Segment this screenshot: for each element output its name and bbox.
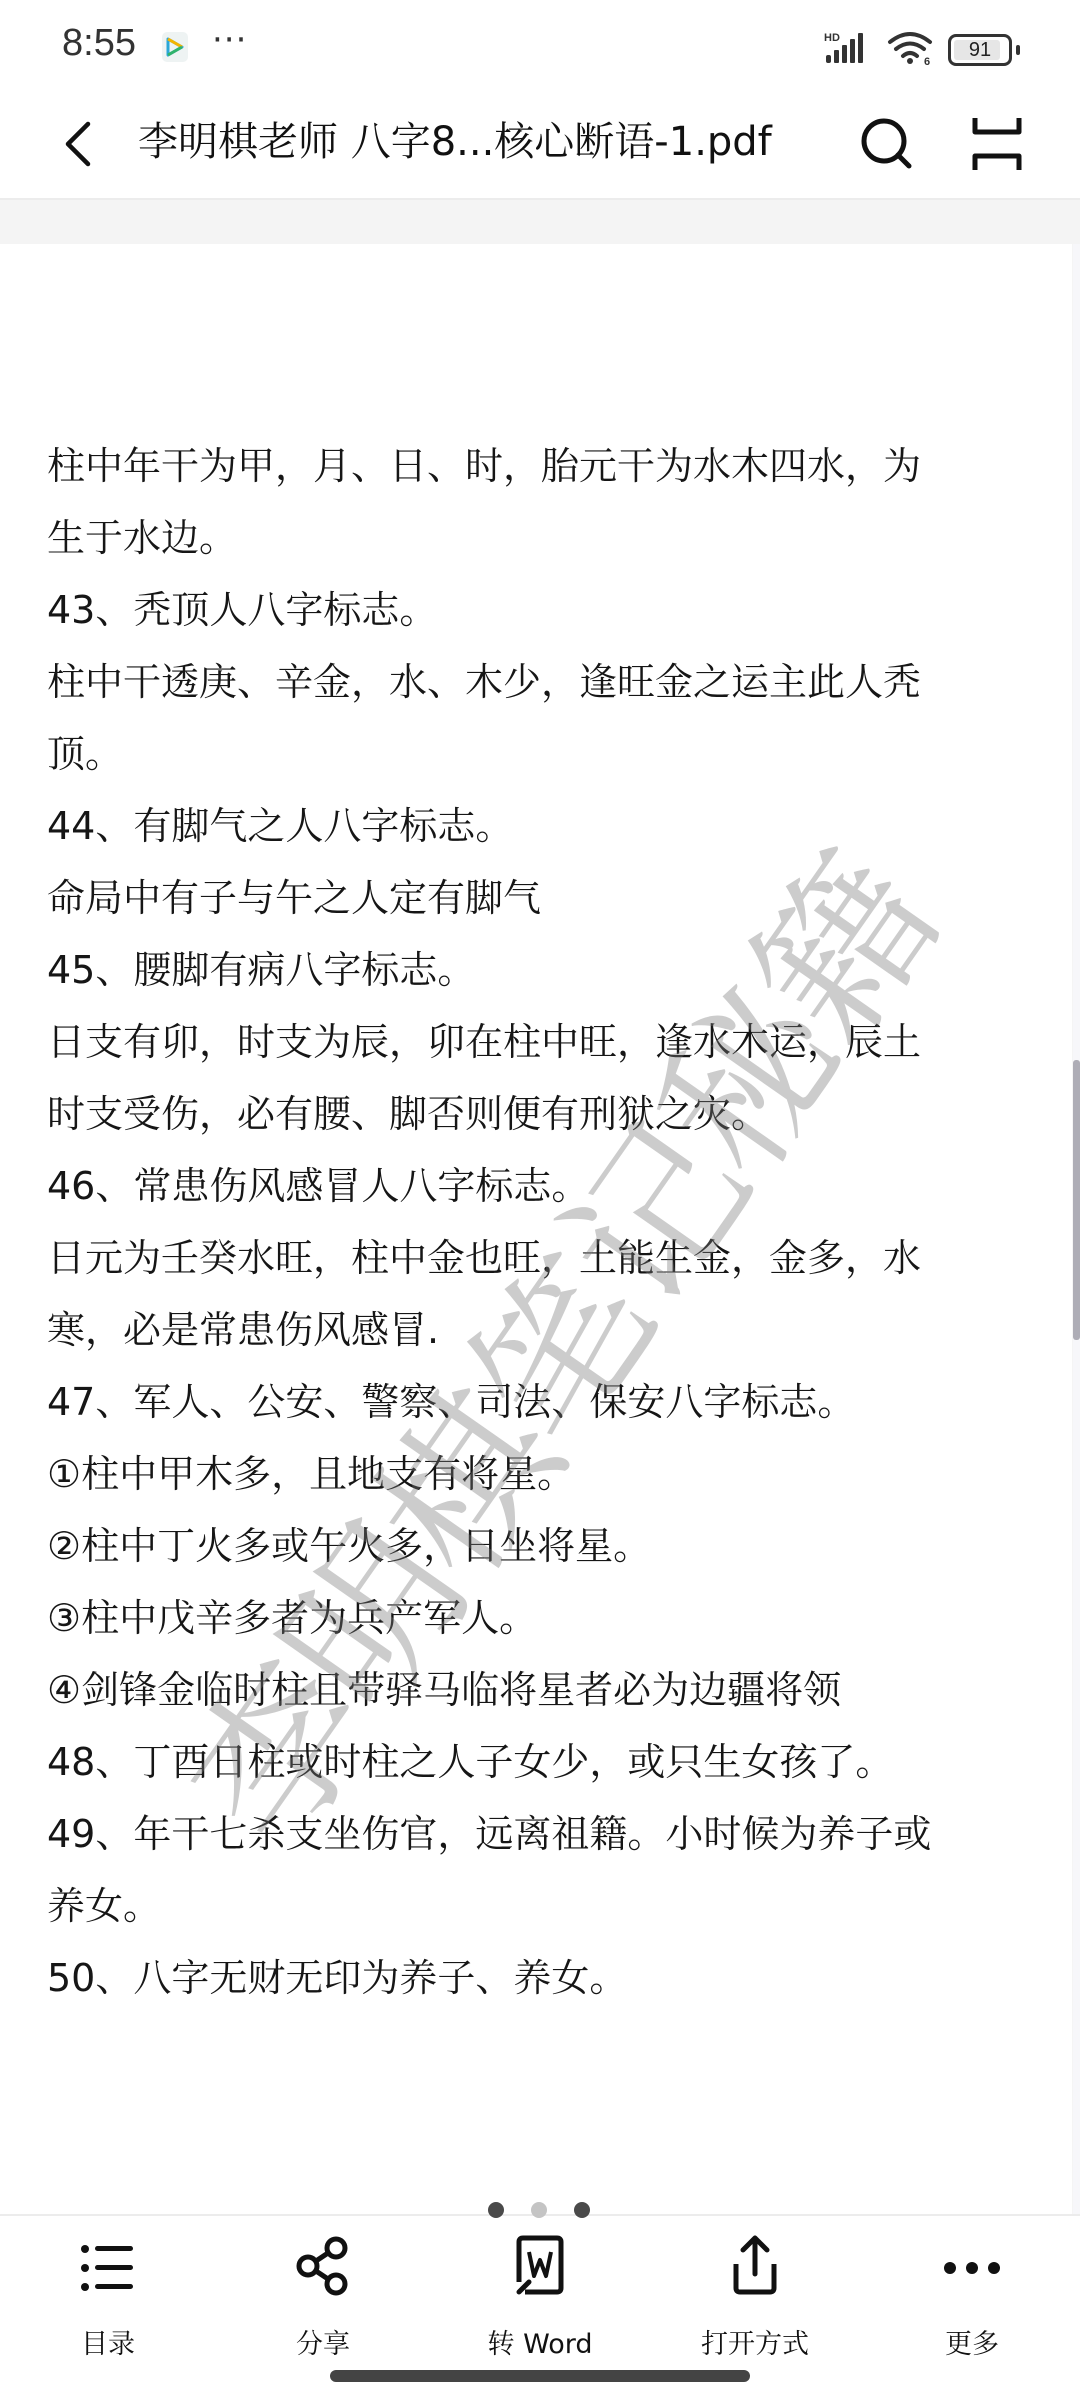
text-line: ①柱中甲木多，且地支有将星。 [47,1438,1047,1510]
toc-button[interactable]: 目录 [8,2230,208,2350]
section-heading: 43、秃顶人八字标志。 [47,574,1047,646]
text-line: ②柱中丁火多或午火多，日坐将星。 [47,1510,1047,1582]
status-time: 8:55 [62,22,136,65]
text-line: 命局中有子与午之人定有脚气 [47,862,1047,934]
share-button[interactable]: 分享 [223,2230,423,2350]
text-line: 日支有卯，时支为辰，卯在柱中旺，逢水木运，辰土 [47,1006,1047,1078]
open-with-button[interactable]: 打开方式 [655,2230,855,2350]
text-line: 柱中干透庚、辛金，水、木少，逢旺金之运主此人秃 [47,646,1047,718]
section-heading: 46、常患伤风感冒人八字标志。 [47,1150,1047,1222]
expand-button[interactable] [965,112,1029,176]
back-button[interactable] [56,112,116,172]
battery-terminal [1016,45,1020,55]
text-line: ④剑锋金临时柱且带驿马临将星者必为边疆将领 [47,1654,1047,1726]
title-bar: 李明棋老师 八字8...核心断语-1.pdf [0,90,1080,200]
page-text: 柱中年干为甲，月、日、时，胎元干为水木四水，为 生于水边。 43、秃顶人八字标志… [47,430,1047,2014]
expand-icon [965,112,1029,176]
page-indicator [488,2202,590,2218]
convert-to-word-button[interactable]: 转 Word [440,2230,640,2350]
battery-level: 91 [969,39,991,62]
text-line: 生于水边。 [47,502,1047,574]
status-icons: HD 6 91 [824,30,1020,70]
video-app-notification-icon [162,32,188,62]
convert-to-word-label: 转 Word [440,2322,640,2361]
search-button[interactable] [855,112,919,176]
page-dot [488,2202,504,2218]
toc-label: 目录 [8,2322,208,2361]
scrollbar-thumb[interactable] [1073,1060,1080,1340]
document-title: 李明棋老师 八字8...核心断语-1.pdf [138,112,772,172]
page-dot-active [531,2202,547,2218]
open-with-label: 打开方式 [655,2322,855,2361]
battery-icon: 91 [948,34,1012,66]
share-icon [288,2230,358,2300]
list-icon [73,2230,143,2300]
cellular-signal-icon: HD [824,31,872,69]
text-line: 柱中年干为甲，月、日、时，胎元干为水木四水，为 [47,430,1047,502]
chevron-left-icon [56,112,116,172]
open-with-icon [720,2230,790,2300]
text-line: ③柱中戊辛多者为兵产军人。 [47,1582,1047,1654]
more-notifications-icon: ··· [212,20,247,60]
section-heading: 45、腰脚有病八字标志。 [47,934,1047,1006]
status-bar: 8:55 ··· HD 6 91 [0,0,1080,90]
svg-text:6: 6 [924,56,930,66]
text-line: 养女。 [47,1870,1047,1942]
section-heading: 47、军人、公安、警察、司法、保安八字标志。 [47,1366,1047,1438]
section-heading: 48、丁酉日柱或时柱之人子女少，或只生女孩了。 [47,1726,1047,1798]
pdf-page[interactable]: 柱中年干为甲，月、日、时，胎元干为水木四水，为 生于水边。 43、秃顶人八字标志… [0,244,1072,2214]
share-label: 分享 [223,2322,423,2361]
more-label: 更多 [872,2322,1072,2361]
more-button[interactable]: 更多 [872,2230,1072,2350]
page-dot [574,2202,590,2218]
more-icon [937,2230,1007,2300]
home-indicator[interactable] [330,2370,750,2382]
section-heading: 44、有脚气之人八字标志。 [47,790,1047,862]
text-line: 寒，必是常患伤风感冒. [47,1294,1047,1366]
svg-text:HD: HD [824,32,840,44]
word-convert-icon [505,2230,575,2300]
wifi-icon: 6 [886,30,934,70]
text-line: 顶。 [47,718,1047,790]
search-icon [855,112,919,176]
text-line: 日元为壬癸水旺，柱中金也旺，土能生金，金多，水 [47,1222,1047,1294]
text-line: 时支受伤，必有腰、脚否则便有刑狱之灾。 [47,1078,1047,1150]
section-heading: 49、年干七杀支坐伤官，远离祖籍。小时候为养子或 [47,1798,1047,1870]
section-heading: 50、八字无财无印为养子、养女。 [47,1942,1047,2014]
page-separator [0,200,1080,244]
